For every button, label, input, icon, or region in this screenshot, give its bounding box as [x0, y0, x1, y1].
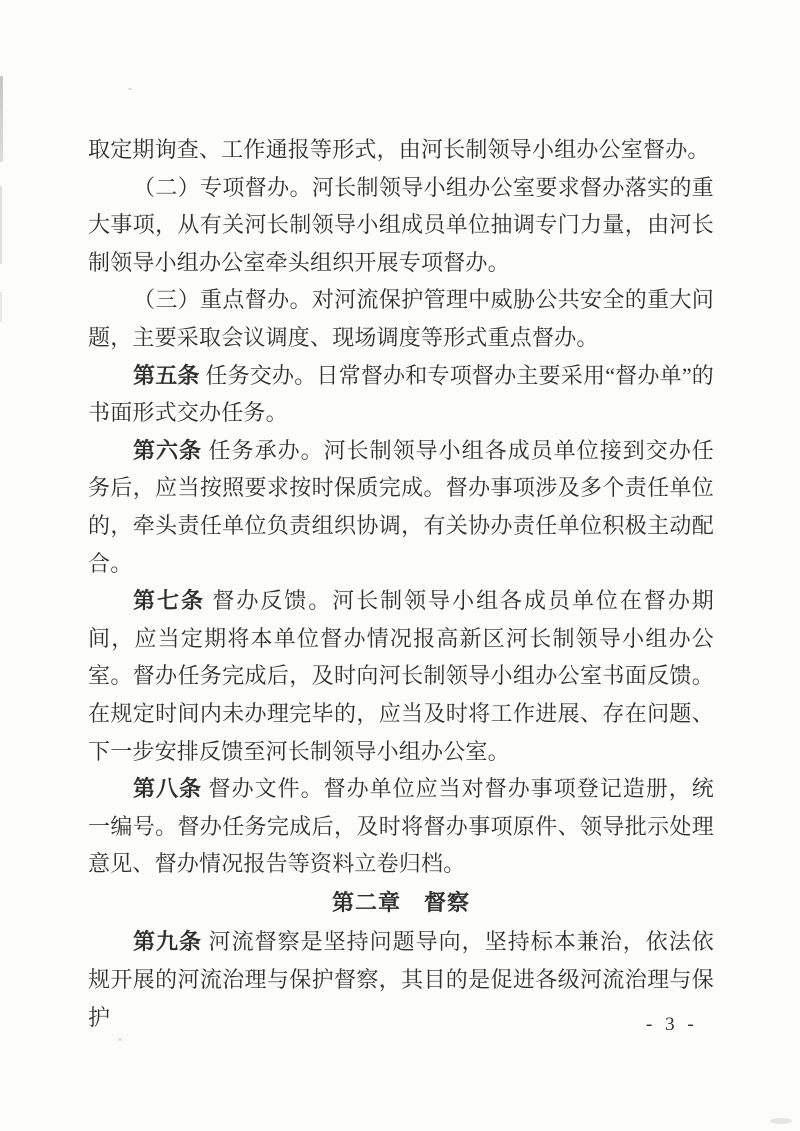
article-number: 第八条	[133, 776, 202, 801]
scan-edge-artifact	[0, 76, 3, 162]
chapter-heading: 第二章 督察	[88, 884, 714, 922]
paragraph: （二）专项督办。河长制领导小组办公室要求督办落实的重大事项，从有关河长制领导小组…	[88, 169, 714, 282]
page-number: - 3 -	[646, 1014, 698, 1036]
paragraph: 第九条 河流督察是坚持问题导向，坚持标本兼治，依法依规开展的河流治理与保护督察，…	[88, 923, 714, 1036]
article-number: 第六条	[133, 438, 202, 463]
paragraph: 第八条 督办文件。督办单位应当对督办事项登记造册，统一编号。督办任务完成后，及时…	[88, 770, 714, 883]
article-number: 第七条	[133, 588, 205, 613]
article-number: 第五条	[133, 363, 200, 388]
scanned-document-page: 取定期询查、工作通报等形式，由河长制领导小组办公室督办。（二）专项督办。河长制领…	[0, 0, 800, 1131]
document-body: 取定期询查、工作通报等形式，由河长制领导小组办公室督办。（二）专项督办。河长制领…	[88, 131, 714, 1036]
article-number: 第九条	[133, 929, 202, 954]
scan-speck	[770, 1118, 792, 1124]
paragraph: 第五条 任务交办。日常督办和专项督办主要采用“督办单”的书面形式交办任务。	[88, 357, 714, 432]
scan-edge-artifact	[0, 186, 2, 264]
paragraph: 第六条 任务承办。河长制领导小组各成员单位接到交办任务后，应当按照要求按时保质完…	[88, 432, 714, 582]
scan-speck	[118, 1038, 122, 1041]
paragraph: （三）重点督办。对河流保护管理中威胁公共安全的重大问题，主要采取会议调度、现场调…	[88, 281, 714, 356]
scan-edge-artifact	[0, 292, 2, 322]
paragraph: 第七条 督办反馈。河长制领导小组各成员单位在督办期间，应当定期将本单位督办情况报…	[88, 582, 714, 770]
scan-speck	[128, 88, 132, 90]
paragraph: 取定期询查、工作通报等形式，由河长制领导小组办公室督办。	[88, 131, 714, 169]
